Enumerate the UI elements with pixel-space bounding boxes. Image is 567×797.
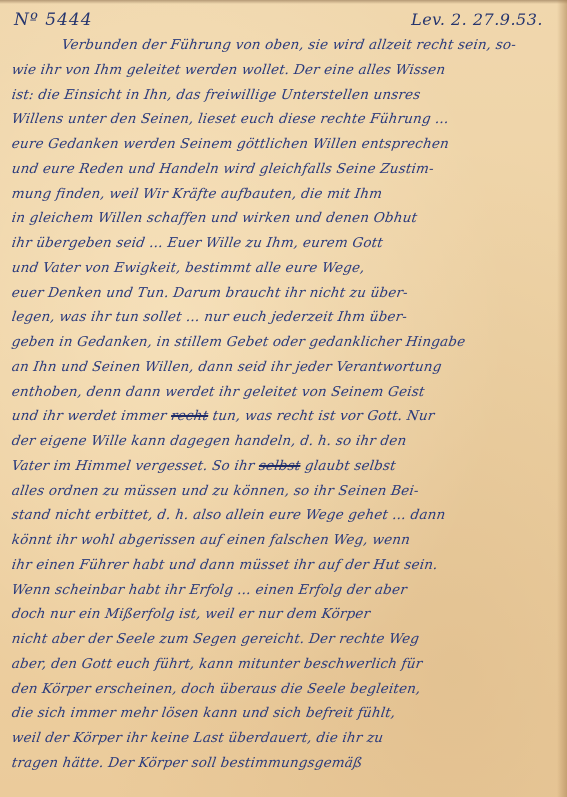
handwritten-line: ihr einen Führer habt und dann müsset ih…: [10, 553, 553, 578]
handwritten-line: Vater im Himmel vergesset. So ihr selbst…: [10, 454, 553, 479]
handwritten-body: Verbunden der Führung von oben, sie wird…: [10, 33, 550, 776]
handwritten-line: doch nur ein Mißerfolg ist, weil er nur …: [10, 602, 553, 627]
handwritten-line: eure Gedanken werden Seinem göttlichen W…: [10, 132, 553, 157]
page-number: Nº 5444: [14, 10, 93, 30]
struck-word: selbst: [258, 458, 302, 474]
handwritten-line: stand nicht erbittet, d. h. also allein …: [10, 503, 553, 528]
handwritten-line: enthoben, denn dann werdet ihr geleitet …: [10, 380, 553, 405]
handwritten-line: geben in Gedanken, in stillem Gebet oder…: [10, 330, 553, 355]
handwritten-line: der eigene Wille kann dagegen handeln, d…: [10, 429, 553, 454]
handwritten-line: in gleichem Willen schaffen und wirken u…: [10, 206, 553, 231]
page-right-edge: [557, 0, 567, 797]
page-top-edge: [0, 0, 567, 4]
handwritten-line: und eure Reden und Handeln wird gleichfa…: [10, 157, 553, 182]
handwritten-line: den Körper erscheinen, doch überaus die …: [10, 677, 553, 702]
handwritten-line: aber, den Gott euch führt, kann mitunter…: [10, 652, 553, 677]
handwritten-line: legen, was ihr tun sollet ... nur euch j…: [10, 305, 553, 330]
handwritten-line: wie ihr von Ihm geleitet werden wollet. …: [10, 58, 553, 83]
handwritten-line: mung finden, weil Wir Kräfte aufbauten, …: [10, 182, 553, 207]
handwritten-line: und ihr werdet immer recht tun, was rech…: [10, 404, 553, 429]
handwritten-line: weil der Körper ihr keine Last überdauer…: [10, 726, 553, 751]
handwritten-line: die sich immer mehr lösen kann und sich …: [10, 701, 553, 726]
handwritten-line: an Ihn und Seinen Willen, dann seid ihr …: [10, 355, 553, 380]
handwritten-line: nicht aber der Seele zum Segen gereicht.…: [10, 627, 553, 652]
page-date: Lev. 2. 27.9.53.: [411, 10, 543, 29]
handwritten-line: Verbunden der Führung von oben, sie wird…: [10, 33, 553, 58]
struck-word: recht: [170, 408, 209, 424]
handwritten-line: Willens unter den Seinen, lieset euch di…: [10, 107, 553, 132]
handwritten-line: ist: die Einsicht in Ihn, das freiwillig…: [10, 83, 553, 108]
handwritten-line: ihr übergeben seid ... Euer Wille zu Ihm…: [10, 231, 553, 256]
handwritten-line: tragen hätte. Der Körper soll bestimmung…: [10, 751, 553, 776]
handwritten-line: euer Denken und Tun. Darum braucht ihr n…: [10, 281, 553, 306]
handwritten-line: könnt ihr wohl abgerissen auf einen fals…: [10, 528, 553, 553]
handwritten-line: und Vater von Ewigkeit, bestimmt alle eu…: [10, 256, 553, 281]
notebook-page: Nº 5444 Lev. 2. 27.9.53. Verbunden der F…: [0, 0, 567, 797]
handwritten-line: alles ordnen zu müssen und zu können, so…: [10, 479, 553, 504]
handwritten-line: Wenn scheinbar habt ihr Erfolg ... einen…: [10, 578, 553, 603]
